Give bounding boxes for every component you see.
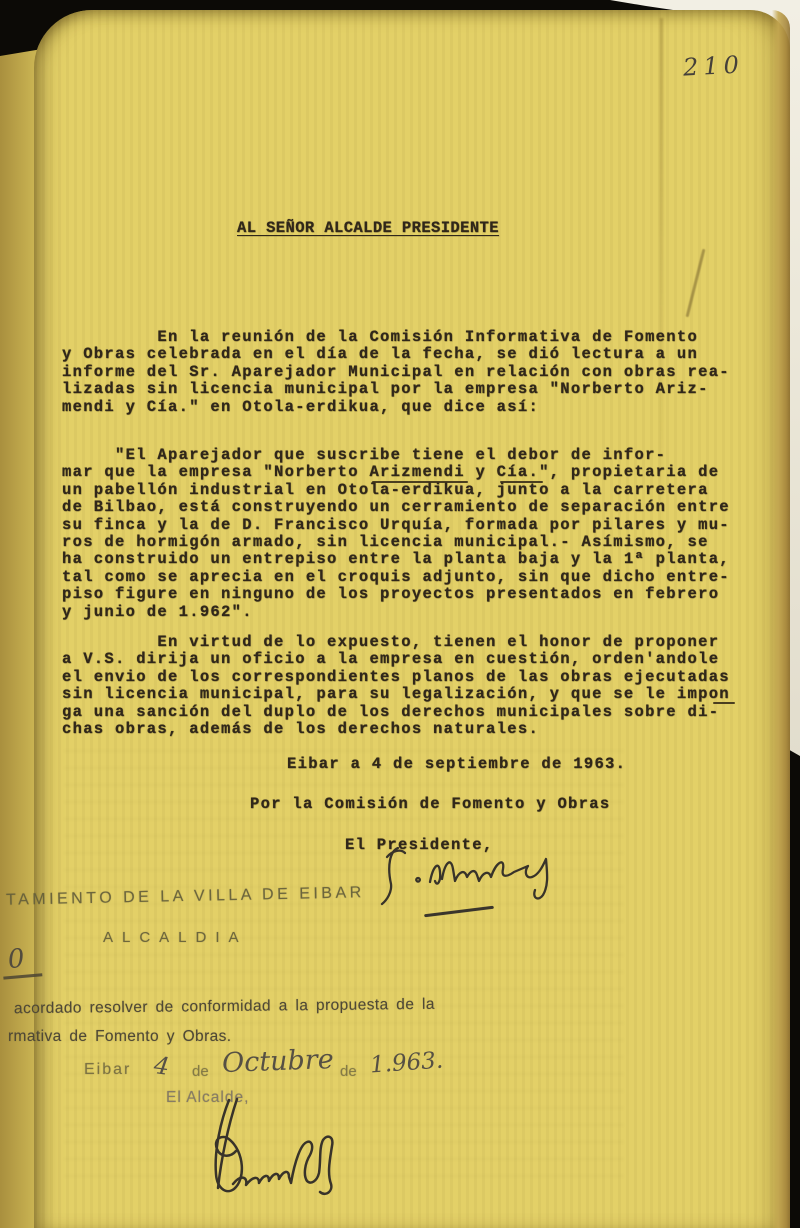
folio-number: 210 — [682, 50, 744, 81]
handwritten-month: Octubre — [221, 1044, 334, 1079]
commission-line: Por la Comisión de Fomento y Obras — [250, 796, 610, 813]
ink-underline-arizmendi — [372, 481, 468, 483]
date-stamp-eibar: Eibar — [84, 1061, 131, 1079]
handwritten-year: 1.963. — [369, 1047, 444, 1078]
date-stamp-de-1: de — [192, 1063, 209, 1080]
ink-underline-cia — [500, 481, 543, 483]
president-signature — [378, 842, 578, 912]
letter-paragraph-2: "El Aparejador que suscribe tiene el deb… — [62, 447, 730, 621]
ink-underline-impon — [713, 702, 735, 704]
date-stamp-de-2: de — [340, 1063, 357, 1080]
mayor-signature — [175, 1096, 365, 1204]
margin-mark: 0 — [1, 942, 42, 979]
letter-paragraph-1: En la reunión de la Comisión Informativa… — [62, 329, 730, 416]
page-right-edge — [772, 10, 790, 1228]
resolution-stamp-line-2: rmativa de Fomento y Obras. — [8, 1028, 232, 1046]
alcaldia-stamp: ALCALDIA — [103, 929, 248, 946]
letter-paragraph-3: En virtud de lo expuesto, tienen el hono… — [62, 634, 730, 738]
letter-date-line: Eibar a 4 de septiembre de 1963. — [287, 756, 626, 773]
letter-title: AL SEÑOR ALCALDE PRESIDENTE — [237, 220, 499, 237]
